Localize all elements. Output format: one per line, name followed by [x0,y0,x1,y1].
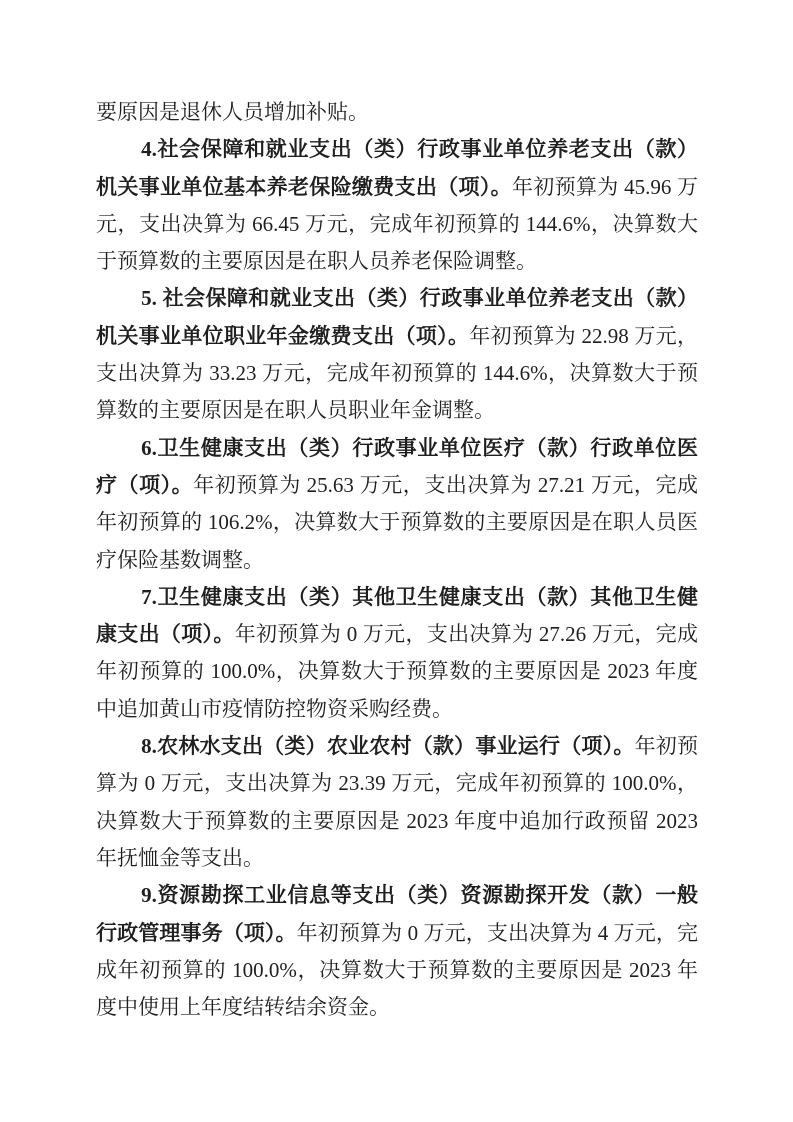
expenditure-paragraph-4: 4.社会保障和就业支出（类）行政事业单位养老支出（款）机关事业单位基本养老保险缴… [96,131,698,280]
expenditure-paragraph-7: 7.卫生健康支出（类）其他卫生健康支出（款）其他卫生健康支出（项）。年初预算为 … [96,579,698,728]
paragraph-body: 要原因是退休人员增加补贴。 [96,100,369,124]
expenditure-paragraph-9: 9.资源勘探工业信息等支出（类）资源勘探开发（款）一般行政管理事务（项）。年初预… [96,877,698,1026]
document-page: 要原因是退休人员增加补贴。 4.社会保障和就业支出（类）行政事业单位养老支出（款… [0,0,793,1122]
paragraph-heading: 8.农林水支出（类）农业农村（款）事业运行（项）。 [141,734,634,758]
expenditure-paragraph-8: 8.农林水支出（类）农业农村（款）事业运行（项）。年初预算为 0 万元，支出决算… [96,728,698,877]
paragraph-continuation: 要原因是退休人员增加补贴。 [96,94,698,131]
expenditure-paragraph-5: 5. 社会保障和就业支出（类）行政事业单位养老支出（款）机关事业单位职业年金缴费… [96,280,698,429]
expenditure-paragraph-6: 6.卫生健康支出（类）行政事业单位医疗（款）行政单位医疗（项）。年初预算为 25… [96,430,698,579]
